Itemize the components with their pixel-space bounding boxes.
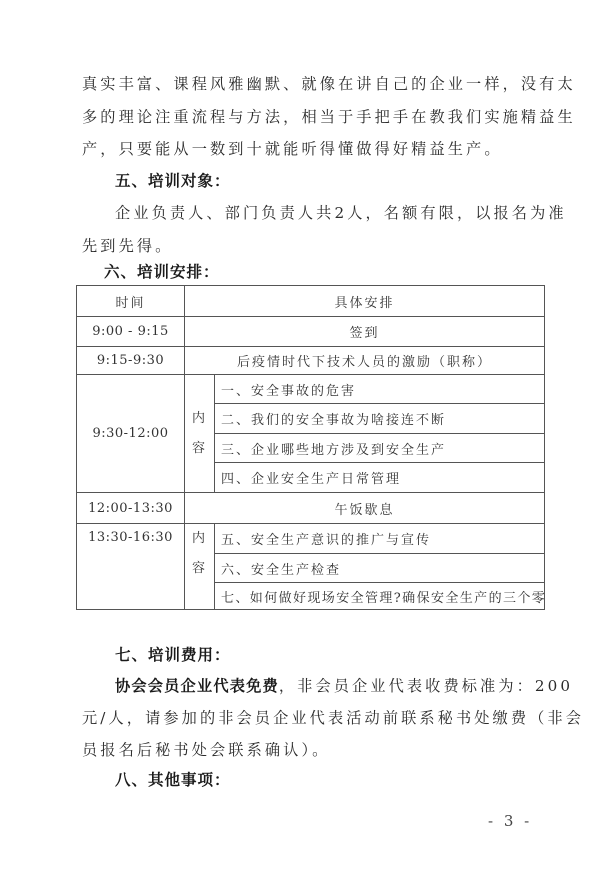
content-item: 二、我们的安全事故为啥接连不断 <box>215 404 545 434</box>
fee-standard-text: ，非会员企业代表收费标准为：200 <box>279 677 573 695</box>
section-heading-other-matters: 八、其他事项： <box>115 770 231 790</box>
member-free-note: 协会会员企业代表免费 <box>115 677 279 695</box>
time-cell: 9:00 - 9:15 <box>77 317 185 347</box>
content-item: 七、如何做好现场安全管理?确保安全生产的三个零 <box>215 583 545 610</box>
table-row: 12:00-13:30 午饭歇息 <box>77 493 545 524</box>
section-heading-training-fee: 七、培训费用： <box>115 645 231 665</box>
time-cell: 9:30-12:00 <box>77 375 185 493</box>
page-number: - 3 - <box>488 812 532 830</box>
paragraph-line: 真实丰富、课程风雅幽默、就像在讲自己的企业一样，没有太 <box>82 74 542 94</box>
paragraph-line: 协会会员企业代表免费，非会员企业代表收费标准为：200 <box>115 676 545 696</box>
content-label-char: 内 <box>185 524 214 554</box>
paragraph-line: 产，只要能从一数到十就能听得懂做得好精益生产。 <box>82 139 542 159</box>
section-heading-training-target: 五、培训对象： <box>115 171 231 191</box>
table-header-row: 时间 具体安排 <box>77 286 545 317</box>
content-item: 三、企业哪些地方涉及到安全生产 <box>215 434 545 463</box>
schedule-table: 时间 具体安排 9:00 - 9:15 签到 9:15-9:30 后疫情时代下技… <box>76 285 545 610</box>
paragraph-line: 员报名后秘书处会联系确认）。 <box>82 740 542 760</box>
time-cell: 9:15-9:30 <box>77 347 185 375</box>
paragraph-line: 元/人，请参加的非会员企业代表活动前联系秘书处缴费（非会 <box>82 708 542 728</box>
content-item: 六、安全生产检查 <box>215 554 545 583</box>
content-item: 五、安全生产意识的推广与宣传 <box>215 524 545 554</box>
time-cell: 13:30-16:30 <box>77 524 185 610</box>
time-cell: 12:00-13:30 <box>77 493 185 524</box>
paragraph-line: 企业负责人、部门负责人共2人，名额有限，以报名为准 <box>115 203 545 223</box>
column-header-arrangement: 具体安排 <box>185 286 545 317</box>
table-row: 13:30-16:30 内 容 五、安全生产意识的推广与宣传 <box>77 524 545 554</box>
table-row: 9:30-12:00 内 容 一、安全事故的危害 <box>77 375 545 404</box>
content-label-char: 容 <box>185 434 214 464</box>
content-item: 四、企业安全生产日常管理 <box>215 463 545 493</box>
table-row: 9:00 - 9:15 签到 <box>77 317 545 347</box>
column-header-time: 时间 <box>77 286 185 317</box>
section-heading-training-schedule: 六、培训安排： <box>104 262 220 282</box>
table-row: 9:15-9:30 后疫情时代下技术人员的激励（职称） <box>77 347 545 375</box>
content-cell: 后疫情时代下技术人员的激励（职称） <box>185 347 545 375</box>
paragraph-line: 先到先得。 <box>82 236 542 256</box>
paragraph-line: 多的理论注重流程与方法，相当于手把手在教我们实施精益生 <box>82 107 542 127</box>
content-label-char: 容 <box>185 554 214 584</box>
content-label-char: 内 <box>185 404 214 434</box>
content-item: 一、安全事故的危害 <box>215 375 545 404</box>
content-label-cell: 内 容 <box>185 375 215 493</box>
content-cell: 午饭歇息 <box>185 493 545 524</box>
content-label-cell: 内 容 <box>185 524 215 610</box>
content-cell: 签到 <box>185 317 545 347</box>
